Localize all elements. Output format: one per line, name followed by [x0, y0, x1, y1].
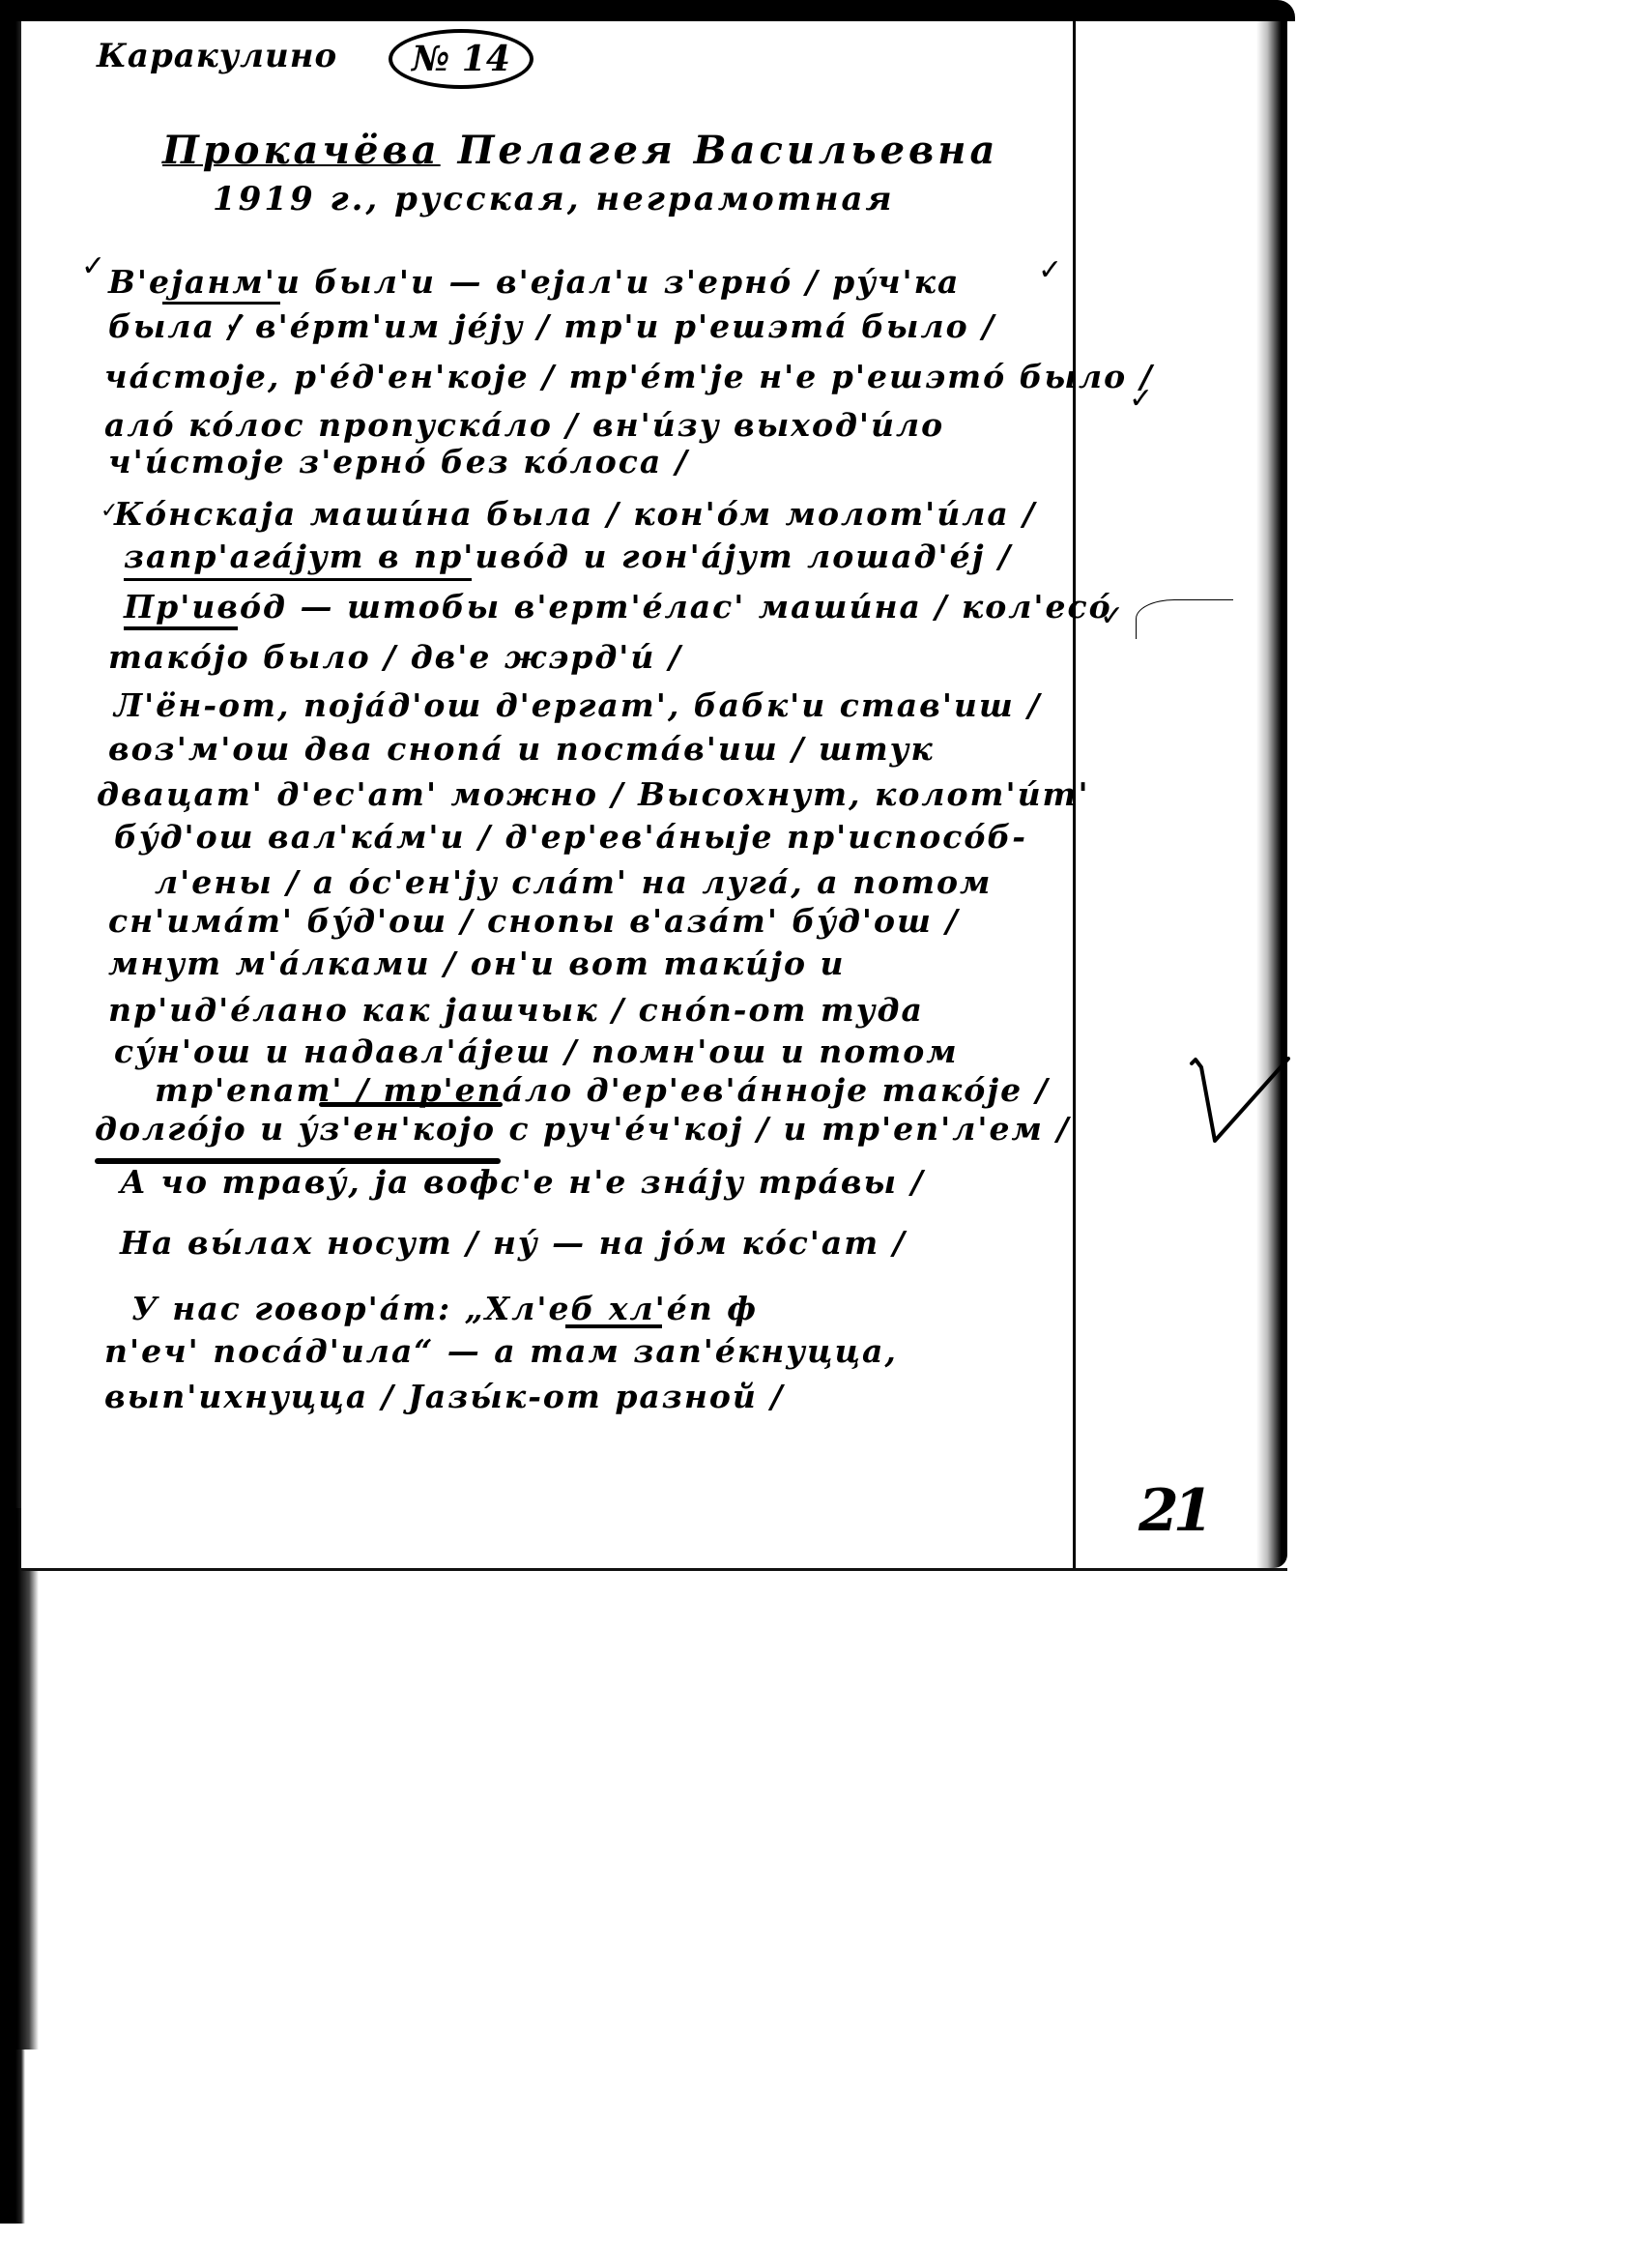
informant-given-names: Пелагея Васильевна	[458, 128, 999, 173]
transcript-line-15: сн'има́т' бу́д'ош / снопы в'аза́т' бу́д'…	[108, 902, 960, 940]
underline-term-5	[95, 1158, 501, 1164]
transcript-line-4: ало́ ко́лос пропуска́ло / вн'и́зу выход'…	[104, 406, 944, 444]
transcript-line-16: мнут м'а́лками / он'и вот таки́јо и	[108, 945, 846, 982]
stray-pencil-mark	[1136, 599, 1233, 639]
record-number-circled: № 14	[389, 29, 533, 89]
transcript-line-5: ч'и́стоје з'ерно́ без ко́лоса /	[108, 443, 689, 480]
transcript-line-19: тр'епат' / тр'епа́ло д'ер'ев'а́нноје так…	[155, 1071, 1050, 1109]
transcript-line-8: Пр'иво́д — штобы в'ерт'е́лас' маши́на / …	[124, 588, 1112, 625]
transcript-line-7: запр'ага́јут в пр'иво́д и гон'а́јут лоша…	[124, 538, 1012, 575]
check-mark-icon: ✓	[101, 499, 118, 523]
underline-term-2	[124, 578, 472, 581]
page-number: 21	[1139, 1477, 1208, 1545]
informant-name: Прокачёва Пелагея Васильевна	[162, 128, 998, 173]
large-check-mark-icon	[1184, 1054, 1290, 1150]
transcript-line-12: двацат' д'ес'ат' можно / Высохнут, колот…	[97, 775, 1090, 813]
informant-details: 1919 г., русская, неграмотная	[213, 180, 895, 218]
transcript-line-24: п'еч' поса́д'ила“ — а там зап'е́кнуцца,	[104, 1332, 898, 1370]
locality-label: Каракулино	[97, 37, 337, 75]
scan-shadow-top	[0, 0, 1295, 21]
transcript-line-25: вып'ихнуцца / Јазы́к-от разной /	[104, 1378, 784, 1415]
transcript-line-14: л'ены / а о́с'ен'ју сла́т' на луга́, а п…	[155, 863, 992, 901]
transcript-line-18: су́н'ош и надавл'а́јеш / помн'ош и потом	[114, 1032, 959, 1070]
transcript-line-23: У нас говор'а́т: „Хл'еб хл'е́п ф	[131, 1290, 758, 1327]
transcript-line-20: долго́јо и у́з'ен'којо с руч'е́ч'кој / и…	[95, 1110, 1070, 1148]
transcript-line-11: воз'м'ош два снопа́ и поста́в'иш / штук	[108, 730, 935, 768]
transcript-line-9: тако́јо было / дв'е жэрд'и́ /	[108, 638, 682, 676]
scan-shadow-left-lower	[0, 1508, 39, 2050]
scan-shadow-right	[1256, 17, 1287, 1568]
transcript-line-17: пр'ид'е́лано как јашчык / сно́п-от туда	[108, 991, 924, 1029]
check-mark-icon: ✓	[81, 249, 105, 283]
check-mark-icon: ✓	[1038, 253, 1062, 287]
transcript-line-10: Л'ён-от, поја́д'ош д'ергат', бабк'и став…	[114, 686, 1041, 724]
underline-term-1	[162, 302, 280, 305]
transcript-line-22: На вы́лах носут / ну́ — на јо́м ко́с'ат …	[120, 1224, 907, 1262]
underline-term-6	[565, 1324, 662, 1328]
transcript-line-6: Ко́нскаја маши́на была / кон'о́м молот'и…	[114, 495, 1036, 533]
check-mark-icon: ✓	[224, 307, 248, 341]
underline-term-4	[319, 1102, 503, 1107]
informant-surname: Прокачёва	[162, 128, 441, 173]
underline-term-3	[124, 626, 238, 630]
transcript-line-13: бу́д'ош вал'ка́м'и / д'ер'ев'а́ныје пр'и…	[114, 818, 1027, 856]
transcript-line-21: А чо траву́, ја вофс'е н'е зна́ју тра́вы…	[120, 1163, 925, 1201]
check-mark-icon: ✓	[1100, 599, 1124, 633]
transcript-line-1: В'ејанм'и был'и — в'ејал'и з'ерно́ / ру́…	[108, 263, 960, 301]
check-mark-icon: ✓	[1129, 382, 1153, 416]
transcript-line-3: ча́стоје, р'е́д'ен'којe / тр'е́т'је н'е …	[104, 358, 1154, 395]
